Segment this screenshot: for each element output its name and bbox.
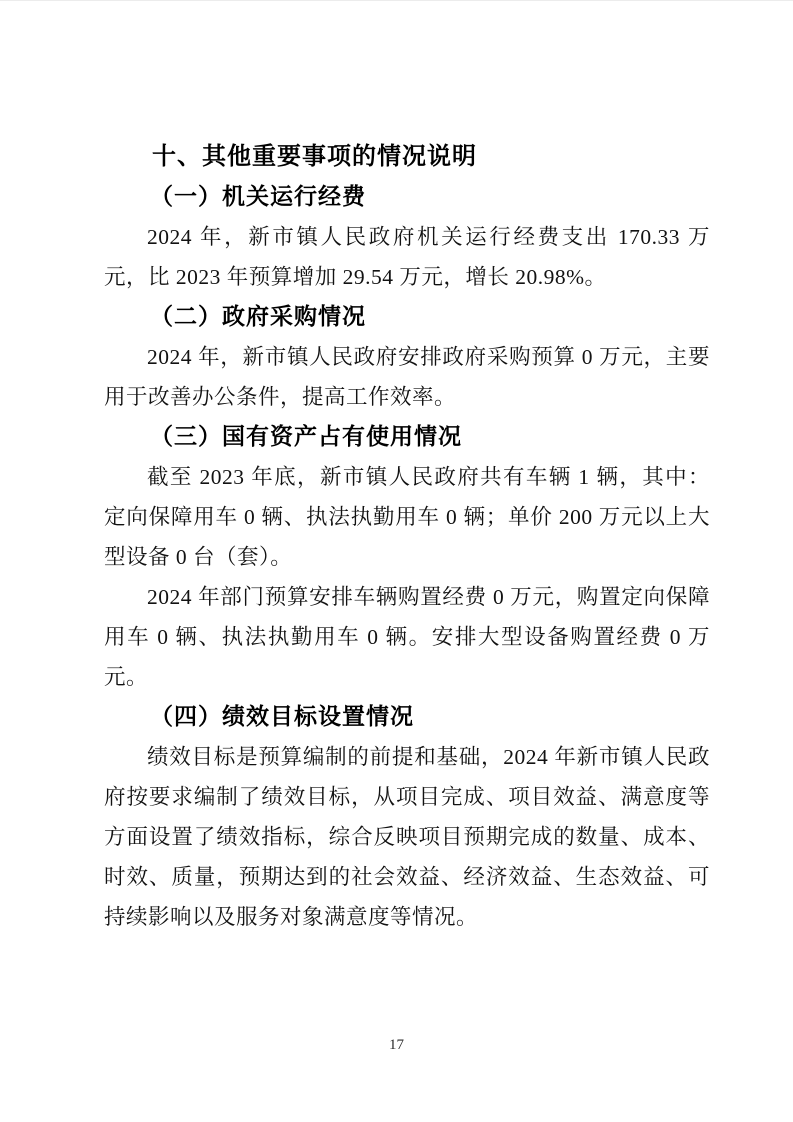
paragraph-state-owned-assets-budget: 2024 年部门预算安排车辆购置经费 0 万元，购置定向保障用车 0 辆、执法执… xyxy=(104,577,710,697)
document-content: 十、其他重要事项的情况说明 （一）机关运行经费 2024 年，新市镇人民政府机关… xyxy=(104,137,710,937)
paragraph-performance-targets: 绩效目标是预算编制的前提和基础，2024 年新市镇人民政府按要求编制了绩效目标，… xyxy=(104,737,710,937)
paragraph-agency-operating-expenses: 2024 年，新市镇人民政府机关运行经费支出 170.33 万元，比 2023 … xyxy=(104,217,710,297)
main-heading: 十、其他重要事项的情况说明 xyxy=(104,137,710,177)
section-title-agency-operating-expenses: （一）机关运行经费 xyxy=(104,177,710,217)
section-title-government-procurement: （二）政府采购情况 xyxy=(104,297,710,337)
section-title-state-owned-assets: （三）国有资产占有使用情况 xyxy=(104,417,710,457)
paragraph-state-owned-assets-vehicles: 截至 2023 年底，新市镇人民政府共有车辆 1 辆，其中：定向保障用车 0 辆… xyxy=(104,457,710,577)
paragraph-government-procurement: 2024 年，新市镇人民政府安排政府采购预算 0 万元，主要用于改善办公条件，提… xyxy=(104,337,710,417)
page-number: 17 xyxy=(0,1037,793,1054)
section-title-performance-targets: （四）绩效目标设置情况 xyxy=(104,697,710,737)
document-page: 十、其他重要事项的情况说明 （一）机关运行经费 2024 年，新市镇人民政府机关… xyxy=(0,0,793,1122)
